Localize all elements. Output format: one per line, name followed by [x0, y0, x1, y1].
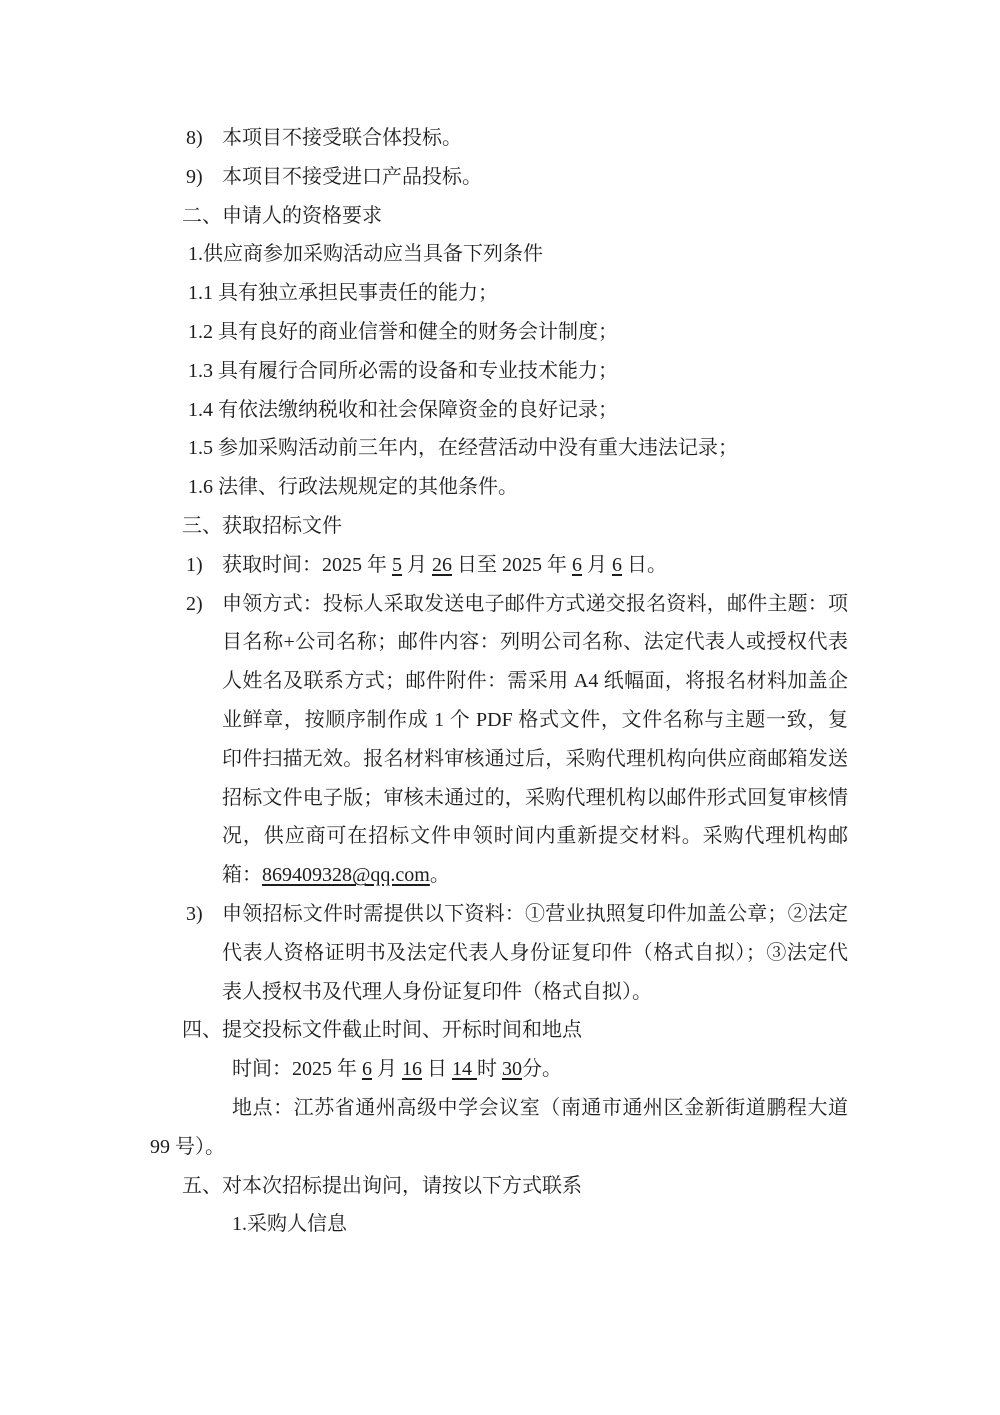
list-item-application-method: 2)申领方式：投标人采取发送电子邮件方式递交报名资料，邮件主题：项目名称+公司名… [150, 585, 848, 895]
underlined-minute: 30 [502, 1058, 522, 1080]
item-text: 日。 [622, 554, 667, 576]
item-text: 本项目不接受联合体投标。 [222, 127, 462, 149]
item-text: 获取时间：2025 年 [222, 554, 392, 576]
underlined-day: 16 [402, 1058, 422, 1080]
line-text: 月 [372, 1058, 402, 1080]
clause-1-2: 1.2 具有良好的商业信誉和健全的财务会计制度； [150, 313, 848, 352]
section-heading-2: 二、申请人的资格要求 [150, 197, 848, 236]
clause-1-6: 1.6 法律、行政法规规定的其他条件。 [150, 468, 848, 507]
list-item-9: 9)本项目不接受进口产品投标。 [150, 158, 848, 197]
section-heading-5: 五、对本次招标提出询问，请按以下方式联系 [150, 1167, 848, 1206]
item-number: 2) [186, 585, 203, 624]
deadline-time-line: 时间：2025 年 6 月 16 日 14 时 30分。 [150, 1050, 848, 1089]
underlined-hour: 14 [452, 1058, 477, 1080]
item-text: 日至 2025 年 [452, 554, 572, 576]
item-number: 1) [186, 546, 203, 585]
clause-1-4: 1.4 有依法缴纳税收和社会保障资金的良好记录； [150, 391, 848, 430]
item-text: 申领方式：投标人采取发送电子邮件方式递交报名资料，邮件主题：项目名称+公司名称；… [222, 593, 848, 887]
underlined-month: 5 [392, 554, 402, 576]
line-text: 日 [422, 1058, 452, 1080]
section-heading-3: 三、获取招标文件 [150, 507, 848, 546]
document-page: 8)本项目不接受联合体投标。 9)本项目不接受进口产品投标。 二、申请人的资格要… [0, 0, 1000, 1415]
list-item-obtain-time: 1)获取时间：2025 年 5 月 26 日至 2025 年 6 月 6 日。 [150, 546, 848, 585]
agency-email: 869409328@qq.com [262, 864, 430, 886]
underlined-month: 6 [362, 1058, 372, 1080]
item-text: 。 [430, 864, 450, 886]
clause-1-1: 1.1 具有独立承担民事责任的能力； [150, 274, 848, 313]
item-text: 月 [582, 554, 612, 576]
item-number: 8) [186, 119, 203, 158]
line-text: 时间：2025 年 [232, 1058, 362, 1080]
section-heading-4: 四、提交投标文件截止时间、开标时间和地点 [150, 1011, 848, 1050]
line-text: 分。 [522, 1058, 562, 1080]
location-line: 地点：江苏省通州高级中学会议室（南通市通州区金新街道鹏程大道 99 号）。 [150, 1089, 848, 1167]
item-number: 9) [186, 158, 203, 197]
underlined-month: 6 [572, 554, 582, 576]
clause-1: 1.供应商参加采购活动应当具备下列条件 [150, 235, 848, 274]
clause-1-3: 1.3 具有履行合同所必需的设备和专业技术能力； [150, 352, 848, 391]
purchaser-info-label: 1.采购人信息 [150, 1205, 848, 1244]
item-text: 月 [402, 554, 432, 576]
clause-1-5: 1.5 参加采购活动前三年内，在经营活动中没有重大违法记录； [150, 429, 848, 468]
list-item-required-materials: 3)申领招标文件时需提供以下资料：①营业执照复印件加盖公章；②法定代表人资格证明… [150, 895, 848, 1011]
underlined-day: 6 [612, 554, 622, 576]
list-item-8: 8)本项目不接受联合体投标。 [150, 119, 848, 158]
item-number: 3) [186, 895, 203, 934]
item-text: 本项目不接受进口产品投标。 [222, 166, 482, 188]
item-text: 申领招标文件时需提供以下资料：①营业执照复印件加盖公章；②法定代表人资格证明书及… [222, 903, 848, 1003]
line-text: 时 [477, 1058, 502, 1080]
underlined-day: 26 [432, 554, 452, 576]
